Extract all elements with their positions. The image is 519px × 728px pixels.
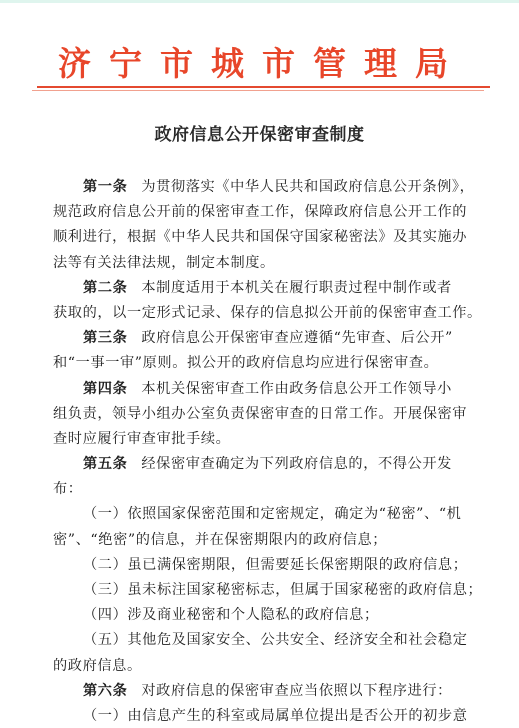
- line-text: 本机关保密审查工作由政务信息公开工作领导小: [141, 381, 452, 397]
- letterhead-red-line-thin: [32, 90, 484, 91]
- line-text: 获取的，以一定形式记录、保存的信息拟公开前的保密审查工作。: [53, 305, 482, 321]
- article-line: 第一条为贯彻落实《中华人民共和国政府信息公开条例》，: [53, 175, 478, 200]
- line-text: 密”、“绝密”的信息，并在保密期限内的政府信息；: [53, 532, 387, 548]
- article-label: 第一条: [83, 179, 127, 195]
- article-line: 第二条本制度适用于本机关在履行职责过程中制作或者: [53, 276, 478, 301]
- body-line: 顺利进行，根据《中华人民共和国保守国家秘密法》及其实施办: [53, 225, 478, 250]
- article-label: 第五条: [83, 456, 127, 472]
- body-line: 法等有关法律法规，制定本制度。: [53, 251, 478, 276]
- article-label: 第二条: [83, 280, 127, 296]
- line-text: 顺利进行，根据《中华人民共和国保守国家秘密法》及其实施办: [53, 229, 467, 245]
- body-line: 组负责，领导小组办公室负责保密审查的日常工作。开展保密审: [53, 402, 478, 427]
- body-line: 查时应履行审查审批手续。: [53, 427, 478, 452]
- line-text: （二）虽已满保密期限，但需要延长保密期限的政府信息；: [83, 557, 467, 573]
- line-text: 为贯彻落实《中华人民共和国政府信息公开条例》，: [141, 179, 474, 195]
- organization-name: 济宁市城市管理局: [58, 44, 468, 84]
- line-text: 规范政府信息公开前的保密审查工作，保障政府信息公开工作的: [53, 204, 467, 220]
- line-text: （一）由信息产生的科室或局属单位提出是否公开的初步意: [83, 708, 467, 724]
- body-line: 和“一事一审”原则。拟公开的政府信息均应进行保密审查。: [53, 351, 478, 376]
- body-line: 密”、“绝密”的信息，并在保密期限内的政府信息；: [53, 528, 478, 553]
- body-line: （二）虽已满保密期限，但需要延长保密期限的政府信息；: [53, 553, 478, 578]
- line-text: 查时应履行审查审批手续。: [53, 431, 230, 447]
- line-text: 组负责，领导小组办公室负责保密审查的日常工作。开展保密审: [53, 406, 467, 422]
- top-strip: [0, 0, 519, 3]
- line-text: 对政府信息的保密审查应当依照以下程序进行：: [141, 683, 452, 699]
- body-line: （一）由信息产生的科室或局属单位提出是否公开的初步意: [53, 704, 478, 728]
- document-body: 第一条为贯彻落实《中华人民共和国政府信息公开条例》，规范政府信息公开前的保密审查…: [53, 175, 478, 728]
- line-text: 本制度适用于本机关在履行职责过程中制作或者: [141, 280, 452, 296]
- letterhead-red-line: [37, 86, 490, 88]
- body-line: 获取的，以一定形式记录、保存的信息拟公开前的保密审查工作。: [53, 301, 478, 326]
- line-text: 的政府信息。: [53, 658, 142, 674]
- line-text: 政府信息公开保密审查应遵循“先审查、后公开”: [141, 330, 452, 346]
- body-line: （四）涉及商业秘密和个人隐私的政府信息；: [53, 603, 478, 628]
- article-line: 第四条本机关保密审查工作由政务信息公开工作领导小: [53, 377, 478, 402]
- body-line: （五）其他危及国家安全、公共安全、经济安全和社会稳定: [53, 628, 478, 653]
- body-line: 布：: [53, 477, 478, 502]
- body-line: （一）依照国家保密范围和定密规定，确定为“秘密”、“机: [53, 502, 478, 527]
- article-line: 第三条政府信息公开保密审查应遵循“先审查、后公开”: [53, 326, 478, 351]
- line-text: 布：: [53, 481, 83, 497]
- article-label: 第六条: [83, 683, 127, 699]
- line-text: （一）依照国家保密范围和定密规定，确定为“秘密”、“机: [83, 506, 461, 522]
- line-text: 经保密审查确定为下列政府信息的，不得公开发: [141, 456, 452, 472]
- article-label: 第三条: [83, 330, 127, 346]
- letterhead: 济宁市城市管理局: [0, 44, 519, 88]
- line-text: （四）涉及商业秘密和个人隐私的政府信息；: [83, 607, 379, 623]
- body-line: （三）虽未标注国家秘密标志，但属于国家秘密的政府信息；: [53, 578, 478, 603]
- article-line: 第五条经保密审查确定为下列政府信息的，不得公开发: [53, 452, 478, 477]
- line-text: （三）虽未标注国家秘密标志，但属于国家秘密的政府信息；: [83, 582, 482, 598]
- body-line: 规范政府信息公开前的保密审查工作，保障政府信息公开工作的: [53, 200, 478, 225]
- article-line: 第六条对政府信息的保密审查应当依照以下程序进行：: [53, 679, 478, 704]
- line-text: （五）其他危及国家安全、公共安全、经济安全和社会稳定: [83, 632, 467, 648]
- body-line: 的政府信息。: [53, 654, 478, 679]
- article-label: 第四条: [83, 381, 127, 397]
- line-text: 法等有关法律法规，制定本制度。: [53, 255, 275, 271]
- document-title: 政府信息公开保密审查制度: [0, 124, 519, 146]
- line-text: 和“一事一审”原则。拟公开的政府信息均应进行保密审查。: [53, 355, 438, 371]
